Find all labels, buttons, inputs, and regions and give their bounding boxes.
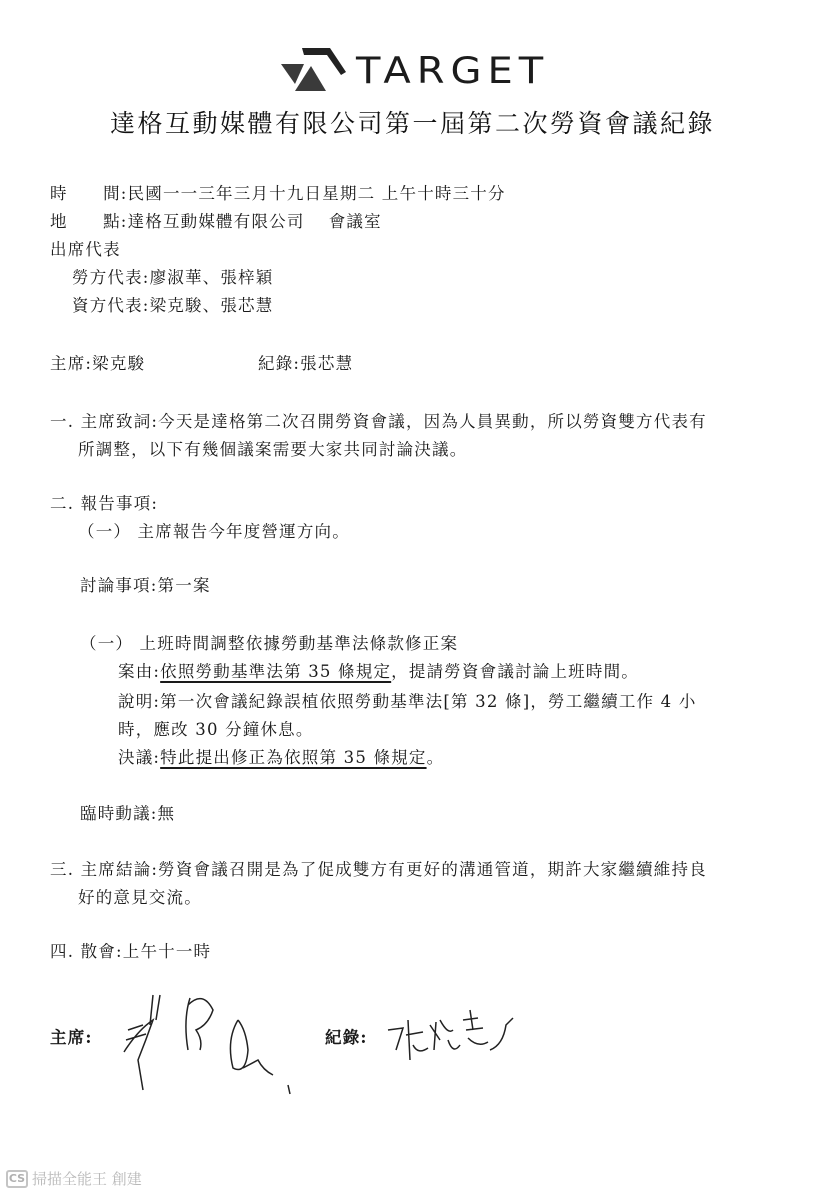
management-value: 梁克駿、張芯慧 (150, 296, 274, 315)
section-1-label: 一. 主席致詞: (50, 412, 158, 431)
case-resolution-underlined: 特此提出修正為依照第 35 條規定 (160, 748, 426, 767)
chair-signature-icon (108, 990, 298, 1100)
discussion-heading: 討論事項:第一案 (80, 572, 211, 596)
place-value: 達格互動媒體有限公司 會議室 (128, 212, 382, 231)
camscanner-icon: CS (6, 1170, 28, 1188)
case-resolution-label: 決議: (118, 748, 160, 767)
target-logo-icon (278, 44, 353, 98)
chair-value: 梁克駿 (92, 354, 145, 373)
section-3-label: 三. 主席結論: (50, 860, 158, 879)
company-logo: TARGET (278, 44, 553, 98)
section-2-heading: 二. 報告事項: (50, 490, 158, 514)
watermark-text: 掃描全能王 創建 (32, 1168, 142, 1189)
recorder: 紀錄:張芯慧 (258, 350, 353, 374)
case-resolution: 決議:特此提出修正為依照第 35 條規定。 (118, 744, 444, 768)
case-description-text: 第一次會議紀錄誤植依照勞動基準法[第 32 條]，勞工繼續工作 4 小 (160, 692, 696, 711)
logo-text: TARGET (356, 50, 549, 92)
recorder-value: 張芯慧 (300, 354, 353, 373)
recorder-label: 紀錄: (258, 354, 300, 373)
section-1-line-1: 一. 主席致詞:今天是達格第二次召開勞資會議，因為人員異動，所以勞資雙方代表有 (50, 408, 707, 432)
case-title: （一） 上班時間調整依據勞動基準法條款修正案 (80, 630, 458, 654)
section-3-line-1: 三. 主席結論:勞資會議召開是為了促成雙方有更好的溝通管道，期許大家繼續維持良 (50, 856, 707, 880)
signature-chair-label: 主席: (50, 1024, 93, 1048)
recorder-signature-icon (378, 1000, 518, 1070)
case-reason: 案由:依照勞動基準法第 35 條規定，提請勞資會議討論上班時間。 (118, 658, 639, 682)
meeting-place: 地 點:達格互動媒體有限公司 會議室 (50, 208, 382, 232)
management-representatives: 資方代表:梁克駿、張芯慧 (72, 292, 273, 316)
labor-representatives: 勞方代表:廖淑華、張梓穎 (72, 264, 273, 288)
section-3-line-2: 好的意見交流。 (78, 884, 202, 908)
section-4-adjournment: 四. 散會:上午十一時 (50, 938, 211, 962)
labor-label: 勞方代表: (72, 268, 150, 287)
time-value: 民國一一三年三月十九日星期二 上午十時三十分 (128, 184, 506, 203)
section-1-line-2: 所調整，以下有幾個議案需要大家共同討論決議。 (78, 436, 467, 460)
section-2-item-1: （一） 主席報告今年度營運方向。 (78, 518, 350, 542)
case-resolution-end: 。 (427, 748, 445, 767)
place-label: 地 點: (50, 212, 128, 231)
signature-recorder-label: 紀錄: (325, 1024, 368, 1048)
chair-label: 主席: (50, 354, 92, 373)
time-label: 時 間: (50, 184, 128, 203)
labor-value: 廖淑華、張梓穎 (150, 268, 274, 287)
section-3-text: 勞資會議召開是為了促成雙方有更好的溝通管道，期許大家繼續維持良 (158, 860, 707, 879)
case-description-line-2: 時，應改 30 分鐘休息。 (118, 716, 314, 740)
chair: 主席:梁克駿 (50, 350, 145, 374)
scanner-watermark: CS 掃描全能王 創建 (6, 1168, 142, 1189)
case-description-line-1: 說明:第一次會議紀錄誤植依照勞動基準法[第 32 條]，勞工繼續工作 4 小 (118, 688, 697, 712)
section-1-text: 今天是達格第二次召開勞資會議，因為人員異動，所以勞資雙方代表有 (158, 412, 707, 431)
extempore-motions: 臨時動議:無 (80, 800, 175, 824)
management-label: 資方代表: (72, 296, 150, 315)
case-reason-label: 案由: (118, 662, 160, 681)
attendees-heading: 出席代表 (50, 236, 121, 260)
document-title: 達格互動媒體有限公司第一屆第二次勞資會議紀錄 (0, 104, 825, 140)
case-reason-underlined: 依照勞動基準法第 35 條規定 (160, 662, 391, 681)
meeting-time: 時 間:民國一一三年三月十九日星期二 上午十時三十分 (50, 180, 506, 204)
case-description-label: 說明: (118, 692, 160, 711)
case-reason-rest: ，提請勞資會議討論上班時間。 (391, 662, 639, 681)
